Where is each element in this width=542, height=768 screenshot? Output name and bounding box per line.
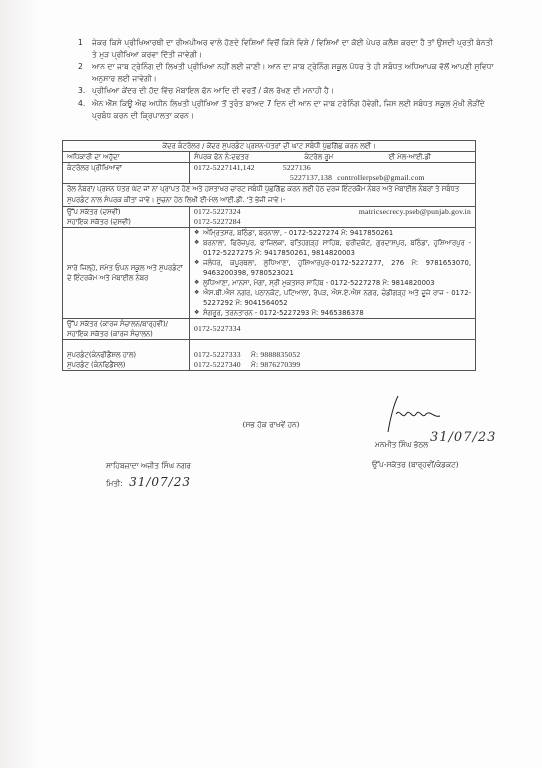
contact-cell: 0172-5227333 ਮੋ: 9888835052 0172-5227340… [190, 340, 476, 371]
instruction-number: 1 [78, 37, 83, 49]
signatory-designation: ਉੱਪ-ਸਕੱਤਰ (ਬਾਰ੍ਹਵੀਂ/ਕੰਡਕਟ) [372, 460, 459, 470]
officer-title: ਸੁਪਰਡੰਟ (ਕੰਨਫਿਡੈਂਸ਼ਲ) [67, 360, 185, 370]
district-contact: ਬਰਨਾਲਾ, ਫਿਰੋਜ਼ਪੁਰ, ਫਾਜ਼ਿਲਕਾ, ਫਤਿਹਗੜ੍ਹ ਸਾ… [194, 238, 471, 258]
notice-row: ਰੋਲ ਨੰਬਰਾਂ/ ਪ੍ਰਸ਼ਨ ਪੱਤਰ ਘੱਟ ਜਾਂ ਨਾ ਪ੍ਰਾਪ… [63, 184, 476, 207]
officer-title: ਸਾਰੇ ਜਿਲ੍ਹੇ, ਸਮੇਤ ਓਪਨ ਸਕੂਲ ਅਤੇ ਸੁਪਰਡੰਟਾਂ… [67, 263, 185, 283]
phone-number: 0172-5227324 [194, 207, 241, 217]
phone-number: 0172-5227284 [194, 217, 471, 227]
table-row: ਕੰਟਰੋਲਰ ਪ੍ਰੀਖਿਆਵਾਂ 0172-5227141,142 5227… [63, 163, 476, 184]
contact-cell: 0172-5227324 matricsecrecy.pseb@punjab.g… [190, 207, 476, 228]
header-contacts: ਸੰਪਰਕ ਫੋਨ ਨੰ:ਦਫਤਰ ਕੰਟਰੋਲ ਰੂਮ ਈ ਮੇਲ-ਆਈ.ਡੀ [190, 152, 476, 163]
district-contact: ਅੰਮ੍ਰਿਤਸਰ, ਬਠਿੰਡਾ, ਬਰਨਾਲਾ, - 0172-522727… [194, 228, 471, 238]
phone-number: 0172-5227340 [194, 360, 241, 369]
instruction-item: 4. ਐਨ ਐੱਸ ਕਿਊ ਐਫ ਅਧੀਨ ਲਿਖਤੀ ਪ੍ਰੀਖਿਆ ਤੋਂ … [78, 98, 496, 121]
scan-edge-shadow [0, 0, 40, 768]
officer-cell: ਉੱਪ ਸਕੱਤਰ (ਕਾਰਜ ਸੰਚਾਲਨ/ਬਾਰ੍ਹਵੀਂ)/ ਸਹਾਇਕ … [63, 319, 190, 340]
contact-cell: 0172-5227334 [190, 319, 476, 340]
table-row: ਉੱਪ ਸਕੱਤਰ (ਕਾਰਜ ਸੰਚਾਲਨ/ਬਾਰ੍ਹਵੀਂ)/ ਸਹਾਇਕ … [63, 319, 476, 340]
table-row: ਉੱਪ ਸਕੱਤਰ (ਦਸਵੀਂ) ਸਹਾਇਕ ਸਕੱਤਰ (ਦਸਵੀਂ) 01… [63, 207, 476, 228]
instruction-number: 3. [78, 85, 85, 97]
instruction-item: 2 ਆਨ ਦਾ ਜਾਬ ਟ੍ਰੇਨਿੰਗ ਦੀ ਲਿਖਤੀ ਪ੍ਰੀਖਿਆ ਨਹ… [78, 61, 496, 84]
officer-title: ਸਹਾਇਕ ਸਕੱਤਰ (ਕਾਰਜ ਸੰਚਾਲਨ) [67, 329, 185, 339]
instruction-number: 4. [78, 98, 85, 110]
contact-table: ਕੇਂਦਰ ਕੰਟਰੋਲਰ / ਕੇਂਦਰ ਸੁਪਰਡੰਟ ਪ੍ਰਸ਼ਨ-ਪੱਤ… [62, 140, 476, 371]
officer-title: ਸਹਾਇਕ ਸਕੱਤਰ (ਦਸਵੀਂ) [67, 217, 185, 227]
email-link[interactable]: matricsecrecy.pseb@punjab.gov.in [359, 207, 471, 217]
instruction-number: 2 [78, 61, 83, 73]
officer-cell: ਉੱਪ ਸਕੱਤਰ (ਦਸਵੀਂ) ਸਹਾਇਕ ਸਕੱਤਰ (ਦਸਵੀਂ) [63, 207, 190, 228]
instruction-text: ਜੇਕਰ ਕਿਸੇ ਪ੍ਰੀਖਿਆਰਥੀ ਦਾ ਰੀਅਪੀਅਰ ਵਾਲੇ ਹੋਣ… [92, 38, 493, 59]
officer-cell: ਕੰਟਰੋਲਰ ਪ੍ਰੀਖਿਆਵਾਂ [63, 163, 190, 184]
header-officer: ਅਧਿਕਾਰੀ ਦਾ ਅਹੁੱਦਾ [63, 152, 190, 163]
instructions-list: 1 ਜੇਕਰ ਕਿਸੇ ਪ੍ਰੀਖਿਆਰਥੀ ਦਾ ਰੀਅਪੀਅਰ ਵਾਲੇ ਹ… [78, 37, 496, 122]
control-room-number: 5227136 [283, 163, 311, 172]
mobile-number: ਮੋ: 9876270399 [251, 360, 301, 369]
table-row: ਸਾਰੇ ਜਿਲ੍ਹੇ, ਸਮੇਤ ਓਪਨ ਸਕੂਲ ਅਤੇ ਸੁਪਰਡੰਟਾਂ… [63, 228, 476, 319]
phone-number: 0172-5227333 [194, 350, 241, 359]
header-control-room: ਕੰਟਰੋਲ ਰੂਮ [304, 152, 333, 162]
officer-title: ਉੱਪ ਸਕੱਤਰ (ਕਾਰਜ ਸੰਚਾਲਨ/ਬਾਰ੍ਹਵੀਂ)/ [67, 319, 185, 329]
phone-number: 0172-5227334 [194, 324, 471, 334]
table-header-row: ਅਧਿਕਾਰੀ ਦਾ ਅਹੁੱਦਾ ਸੰਪਰਕ ਫੋਨ ਨੰ:ਦਫਤਰ ਕੰਟਰ… [63, 152, 476, 163]
district-contact: ਐਸ.ਬੀ.ਐਸ ਨਗਰ, ਪਠਾਨਕੋਟ, ਪਟਿਆਲਾ, ਰੋਪੜ, ਐਸ.… [194, 288, 471, 308]
district-contact: ਜਲੰਧਰ, ਕਪੂਰਥਲਾ, ਲੁਧਿਆਣਾ, ਹੁਸ਼ਿਆਰਪੁਰ-0172… [194, 258, 471, 278]
mobile-number: ਮੋ: 9888835052 [251, 350, 301, 359]
place-name: ਸਾਹਿਬਜ਼ਾਦਾ ਅਜੀਤ ਸਿੰਘ ਨਗਰ [106, 461, 191, 471]
signatory-name: ਮਨਮੀਤ ਸਿੰਘ ਭੱਠਲ [375, 440, 428, 450]
table-title: ਕੇਂਦਰ ਕੰਟਰੋਲਰ / ਕੇਂਦਰ ਸੁਪਰਡੰਟ ਪ੍ਰਸ਼ਨ-ਪੱਤ… [63, 141, 476, 152]
control-room-number: 5227137,138 [290, 173, 332, 182]
phone-number: 0172-5227141,142 [194, 163, 255, 172]
notice-text: ਰੋਲ ਨੰਬਰਾਂ/ ਪ੍ਰਸ਼ਨ ਪੱਤਰ ਘੱਟ ਜਾਂ ਨਾ ਪ੍ਰਾਪ… [63, 184, 476, 207]
instruction-item: 3. ਪ੍ਰੀਖਿਆ ਕੇਂਦਰ ਦੀ ਹੱਦ ਵਿੱਚ ਮੋਬਾਇਲ ਫੋਨ … [78, 85, 496, 97]
contact-cell: ਅੰਮ੍ਰਿਤਸਰ, ਬਠਿੰਡਾ, ਬਰਨਾਲਾ, - 0172-522727… [190, 228, 476, 319]
date-value: 31/07/23 [129, 475, 191, 489]
signature-date: 31/07/23 [430, 430, 496, 445]
table-title-row: ਕੇਂਦਰ ਕੰਟਰੋਲਰ / ਕੇਂਦਰ ਸੁਪਰਡੰਟ ਪ੍ਰਸ਼ਨ-ਪੱਤ… [63, 141, 476, 152]
instruction-text: ਐਨ ਐੱਸ ਕਿਊ ਐਫ ਅਧੀਨ ਲਿਖਤੀ ਪ੍ਰੀਖਿਆ ਤੋਂ ਤੁਰ… [92, 99, 485, 120]
date-line: ਮਿਤੀ: 31/07/23 [106, 475, 191, 489]
date-label: ਮਿਤੀ: [106, 479, 123, 488]
contact-cell: 0172-5227141,142 5227136 5227137,138 con… [190, 163, 476, 184]
header-phone: ਸੰਪਰਕ ਫੋਨ ਨੰ:ਦਫਤਰ [194, 152, 249, 162]
email-link[interactable]: controllerpseb@gmail.com [337, 173, 425, 182]
officer-title: ਸੁਪਰਡੰਟ(ਕੰਨਫੀਡੈਂਸ਼ਲ ਹਾਲ) [67, 350, 185, 360]
signature-mark [378, 394, 468, 434]
district-contact: ਸੰਗਰੂਰ, ਤਰਨਤਾਰਨ - 0172-5227293 ਮੋ: 94653… [194, 308, 471, 318]
table-row: ਸੁਪਰਡੰਟ(ਕੰਨਫੀਡੈਂਸ਼ਲ ਹਾਲ) ਸੁਪਰਡੰਟ (ਕੰਨਫਿਡ… [63, 340, 476, 371]
document-page: 1 ਜੇਕਰ ਕਿਸੇ ਪ੍ਰੀਖਿਆਰਥੀ ਦਾ ਰੀਅਪੀਅਰ ਵਾਲੇ ਹ… [0, 0, 542, 768]
instruction-text: ਪ੍ਰੀਖਿਆ ਕੇਂਦਰ ਦੀ ਹੱਦ ਵਿੱਚ ਮੋਬਾਇਲ ਫੋਨ ਆਦਿ… [92, 86, 334, 95]
officer-cell: ਸੁਪਰਡੰਟ(ਕੰਨਫੀਡੈਂਸ਼ਲ ਹਾਲ) ਸੁਪਰਡੰਟ (ਕੰਨਫਿਡ… [63, 340, 190, 371]
instruction-text: ਆਨ ਦਾ ਜਾਬ ਟ੍ਰੇਨਿੰਗ ਦੀ ਲਿਖਤੀ ਪ੍ਰੀਖਿਆ ਨਹੀਂ… [92, 62, 494, 83]
officer-title: ਉੱਪ ਸਕੱਤਰ (ਦਸਵੀਂ) [67, 207, 185, 217]
district-contact-list: ਅੰਮ੍ਰਿਤਸਰ, ਬਠਿੰਡਾ, ਬਰਨਾਲਾ, - 0172-522727… [194, 228, 471, 318]
instruction-item: 1 ਜੇਕਰ ਕਿਸੇ ਪ੍ਰੀਖਿਆਰਥੀ ਦਾ ਰੀਅਪੀਅਰ ਵਾਲੇ ਹ… [78, 37, 496, 60]
district-contact: ਲੁਧਿਆਣਾ, ਮਾਨਸਾ, ਮੋਗਾ, ਸ੍ਰੀ ਮੁਕਤਸਰ ਸਾਹਿਬ … [194, 278, 471, 288]
officer-cell: ਸਾਰੇ ਜਿਲ੍ਹੇ, ਸਮੇਤ ਓਪਨ ਸਕੂਲ ਅਤੇ ਸੁਪਰਡੰਟਾਂ… [63, 228, 190, 319]
header-email: ਈ ਮੇਲ-ਆਈ.ਡੀ [389, 152, 431, 162]
